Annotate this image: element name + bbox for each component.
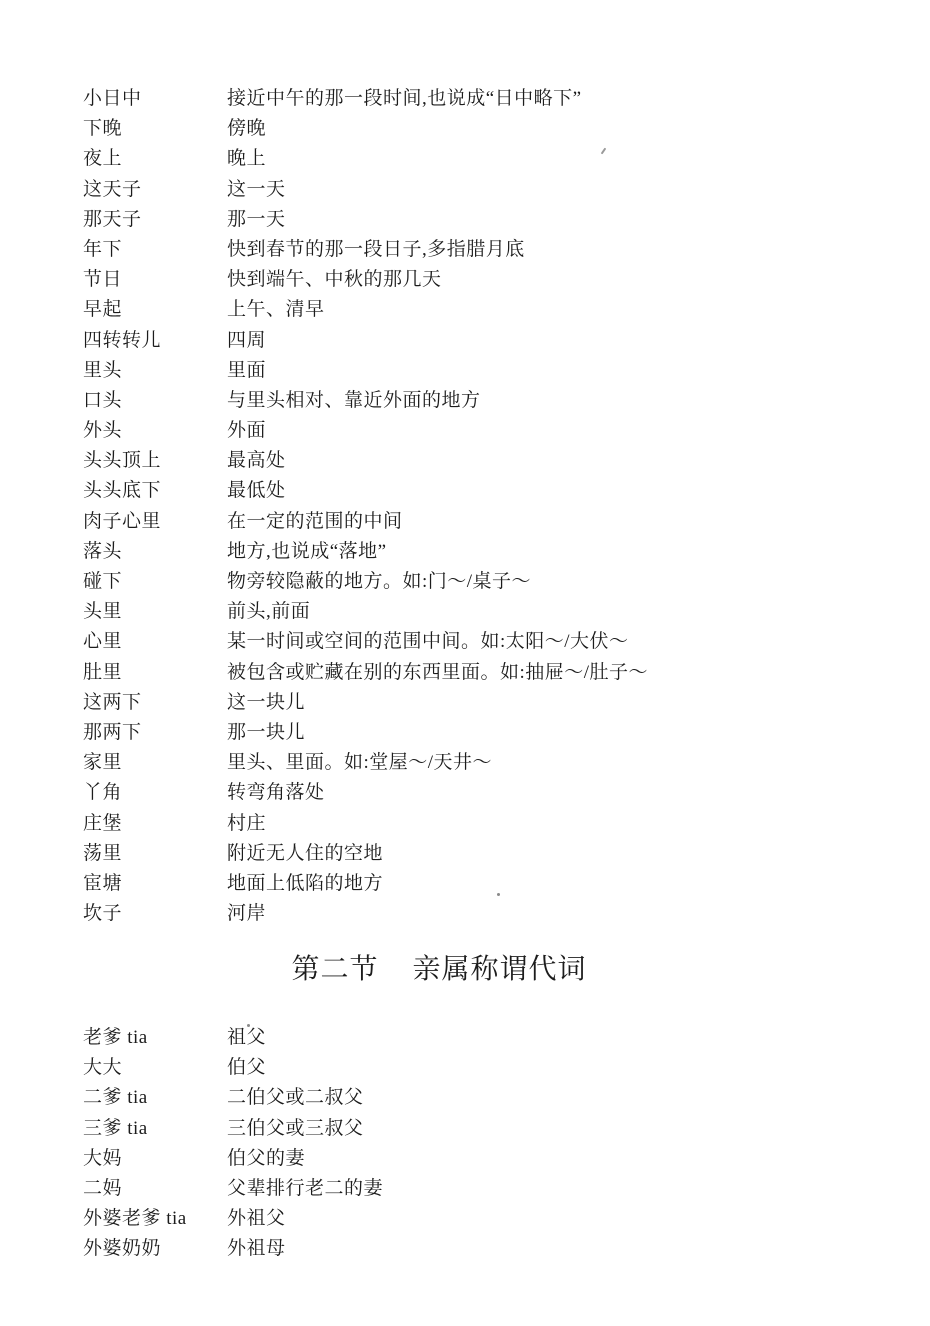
term-text: 年下 [83,235,227,265]
glossary-row: 四转转儿四周 [83,326,648,356]
glossary-row: 小日中接近中午的那一段时间,也说成“日中略下” [83,84,648,114]
definition-text: 村庄 [227,809,266,839]
term-text: 丫角 [83,778,227,808]
term-text: 这天子 [83,175,227,205]
term-text: 外婆老爹 tia [83,1204,227,1234]
term-text: 落头 [83,537,227,567]
glossary-row: 外婆奶奶外祖母 [83,1234,383,1264]
definition-text: 二伯父或二叔父 [227,1083,364,1113]
glossary-row: 大大伯父 [83,1053,383,1083]
glossary-row: 头头底下最低处 [83,476,648,506]
term-text: 二妈 [83,1174,227,1204]
term-text: 小日中 [83,84,227,114]
term-text: 老爹 tia [83,1023,227,1053]
definition-text: 里头、里面。如:堂屋～/天井～ [227,748,492,778]
term-text: 坎子 [83,899,227,929]
definition-text: 上午、清早 [227,295,325,325]
glossary-row: 家里里头、里面。如:堂屋～/天井～ [83,748,648,778]
term-text: 四转转儿 [83,326,227,356]
term-text: 家里 [83,748,227,778]
term-text: 那两下 [83,718,227,748]
section-title: 亲属称谓代词 [413,954,587,985]
definition-text: 被包含或贮藏在别的东西里面。如:抽屉～/肚子～ [227,658,648,688]
term-text: 大大 [83,1053,227,1083]
definition-text: 四周 [227,326,266,356]
glossary-row: 荡里附近无人住的空地 [83,839,648,869]
term-text: 下晚 [83,114,227,144]
definition-text: 前头,前面 [227,597,310,627]
definition-text: 这一块儿 [227,688,305,718]
term-text: 头头顶上 [83,446,227,476]
glossary-row: 里头里面 [83,356,648,386]
definition-text: 伯父的妻 [227,1144,305,1174]
glossary-row: 肉子心里在一定的范围的中间 [83,507,648,537]
term-text: 二爹 tia [83,1083,227,1113]
definition-text: 祖父 [227,1023,266,1053]
term-text: 这两下 [83,688,227,718]
definition-text: 附近无人住的空地 [227,839,383,869]
glossary-row: 下晚傍晚 [83,114,648,144]
term-text: 头头底下 [83,476,227,506]
definition-text: 三伯父或三叔父 [227,1114,364,1144]
term-text: 荡里 [83,839,227,869]
definition-text: 父辈排行老二的妻 [227,1174,383,1204]
term-text: 头里 [83,597,227,627]
glossary-section-time-place: 小日中接近中午的那一段时间,也说成“日中略下”下晚傍晚夜上晚上这天子这一天那天子… [83,84,648,929]
definition-text: 外面 [227,416,266,446]
glossary-row: 外婆老爹 tia外祖父 [83,1204,383,1234]
term-text: 里头 [83,356,227,386]
section-heading: 第二节亲属称谓代词 [0,950,904,990]
term-text: 口头 [83,386,227,416]
glossary-row: 大妈伯父的妻 [83,1144,383,1174]
glossary-row: 口头与里头相对、靠近外面的地方 [83,386,648,416]
term-text: 节日 [83,265,227,295]
term-text: 早起 [83,295,227,325]
scan-speck [247,1024,250,1027]
glossary-row: 宦塘地面上低陷的地方 [83,869,648,899]
glossary-row: 年下快到春节的那一段日子,多指腊月底 [83,235,648,265]
definition-text: 与里头相对、靠近外面的地方 [227,386,481,416]
glossary-row: 夜上晚上 [83,144,648,174]
definition-text: 里面 [227,356,266,386]
definition-text: 最高处 [227,446,286,476]
definition-text: 外祖父 [227,1204,286,1234]
glossary-row: 头头顶上最高处 [83,446,648,476]
definition-text: 地方,也说成“落地” [227,537,387,567]
definition-text: 外祖母 [227,1234,286,1264]
definition-text: 晚上 [227,144,266,174]
term-text: 碰下 [83,567,227,597]
glossary-row: 心里某一时间或空间的范围中间。如:太阳～/大伏～ [83,627,648,657]
term-text: 宦塘 [83,869,227,899]
glossary-row: 外头外面 [83,416,648,446]
glossary-row: 三爹 tia三伯父或三叔父 [83,1114,383,1144]
glossary-row: 这天子这一天 [83,175,648,205]
scan-speck [497,893,500,896]
glossary-row: 碰下物旁较隐蔽的地方。如:门～/桌子～ [83,567,648,597]
term-text: 三爹 tia [83,1114,227,1144]
term-text: 大妈 [83,1144,227,1174]
definition-text: 伯父 [227,1053,266,1083]
section-number: 第二节 [291,954,378,985]
glossary-row: 那两下那一块儿 [83,718,648,748]
glossary-row: 二爹 tia二伯父或二叔父 [83,1083,383,1113]
definition-text: 物旁较隐蔽的地方。如:门～/桌子～ [227,567,531,597]
definition-text: 这一天 [227,175,286,205]
definition-text: 傍晚 [227,114,266,144]
glossary-row: 丫角转弯角落处 [83,778,648,808]
term-text: 肉子心里 [83,507,227,537]
definition-text: 某一时间或空间的范围中间。如:太阳～/大伏～ [227,627,629,657]
glossary-row: 那天子那一天 [83,205,648,235]
term-text: 外婆奶奶 [83,1234,227,1264]
glossary-row: 庄堡村庄 [83,809,648,839]
definition-text: 转弯角落处 [227,778,325,808]
term-text: 那天子 [83,205,227,235]
term-text: 外头 [83,416,227,446]
definition-text: 河岸 [227,899,266,929]
scanned-document-page: 小日中接近中午的那一段时间,也说成“日中略下”下晚傍晚夜上晚上这天子这一天那天子… [0,0,930,1326]
term-text: 肚里 [83,658,227,688]
definition-text: 最低处 [227,476,286,506]
glossary-row: 这两下这一块儿 [83,688,648,718]
glossary-row: 头里前头,前面 [83,597,648,627]
glossary-row: 坎子河岸 [83,899,648,929]
definition-text: 接近中午的那一段时间,也说成“日中略下” [227,84,582,114]
term-text: 心里 [83,627,227,657]
definition-text: 快到春节的那一段日子,多指腊月底 [227,235,525,265]
term-text: 庄堡 [83,809,227,839]
definition-text: 那一块儿 [227,718,305,748]
definition-text: 快到端午、中秋的那几天 [227,265,442,295]
definition-text: 地面上低陷的地方 [227,869,383,899]
glossary-section-kinship: 老爹 tia祖父大大伯父二爹 tia二伯父或二叔父三爹 tia三伯父或三叔父大妈… [83,1023,383,1265]
definition-text: 那一天 [227,205,286,235]
glossary-row: 肚里被包含或贮藏在别的东西里面。如:抽屉～/肚子～ [83,658,648,688]
glossary-row: 早起上午、清早 [83,295,648,325]
definition-text: 在一定的范围的中间 [227,507,403,537]
term-text: 夜上 [83,144,227,174]
glossary-row: 老爹 tia祖父 [83,1023,383,1053]
glossary-row: 节日快到端午、中秋的那几天 [83,265,648,295]
glossary-row: 落头地方,也说成“落地” [83,537,648,567]
glossary-row: 二妈父辈排行老二的妻 [83,1174,383,1204]
